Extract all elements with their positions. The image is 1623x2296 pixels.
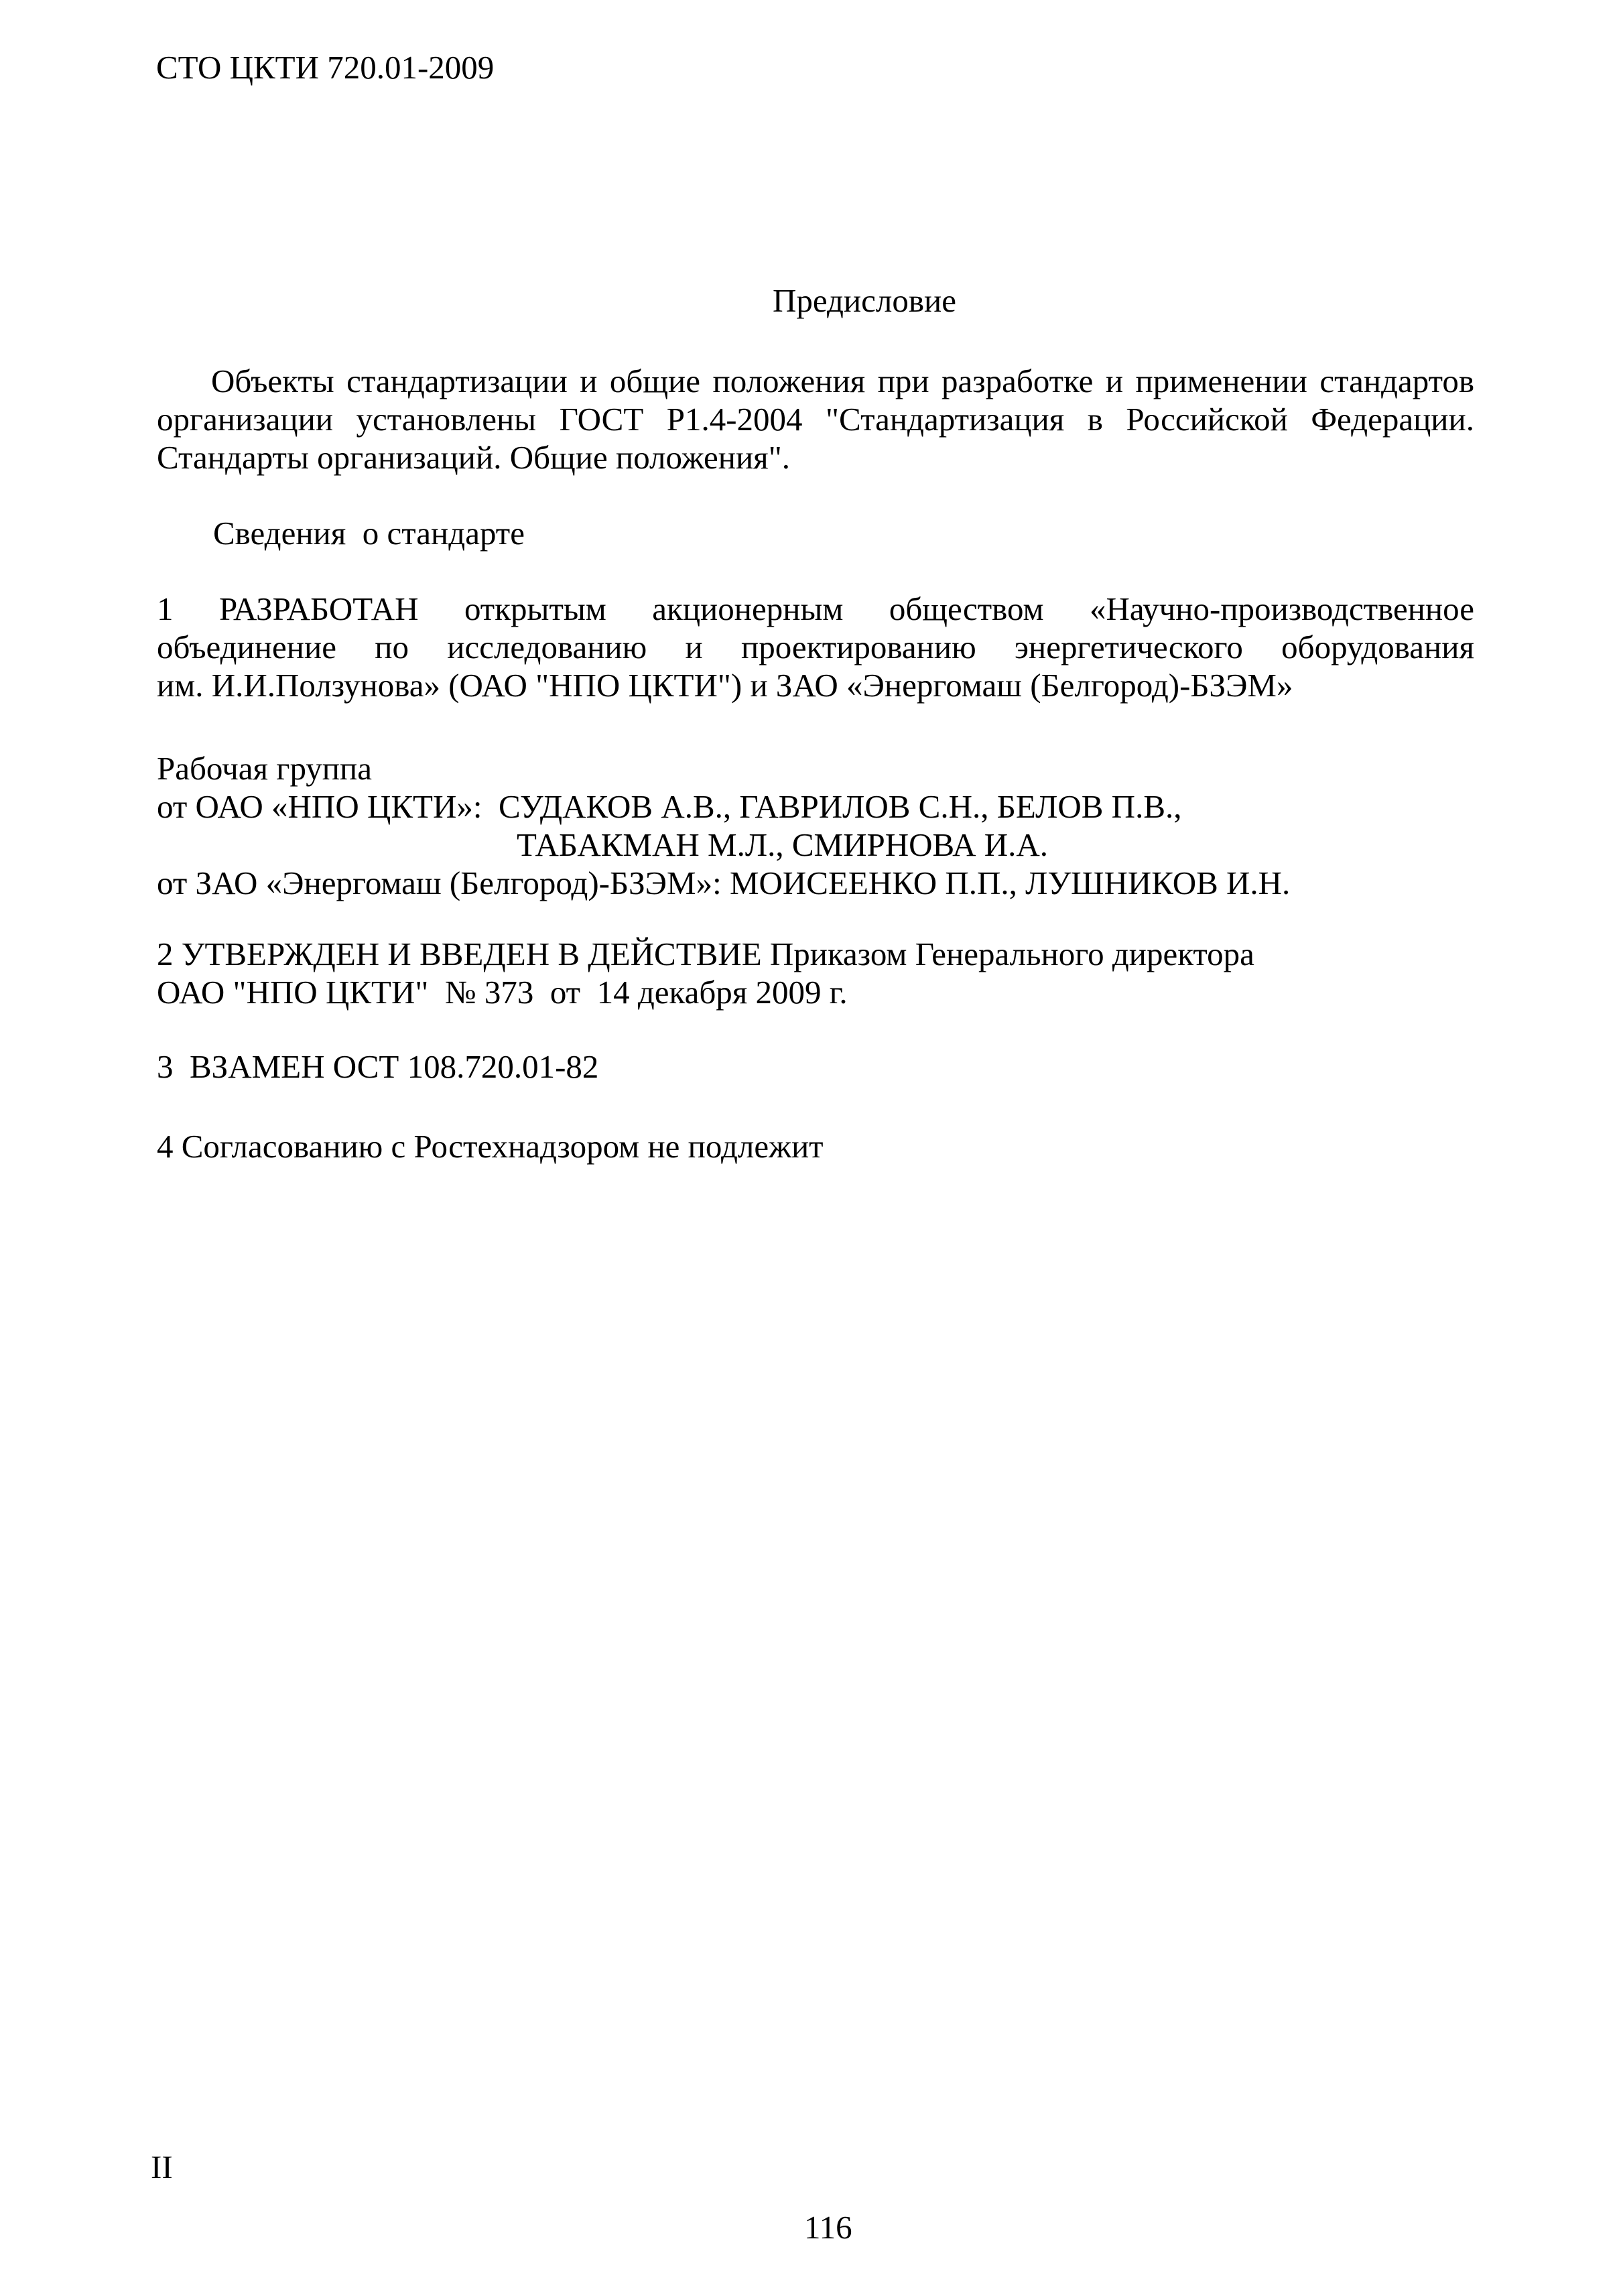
clause-3-replaces: 3 ВЗАМЕН ОСТ 108.720.01-82: [157, 1047, 598, 1086]
clause-1-line: им. И.И.Ползунова» (ОАО "НПО ЦКТИ") и ЗА…: [157, 666, 1474, 704]
intro-paragraph: Объекты стандартизации и общие положения…: [157, 362, 1474, 476]
page-title: Предисловие: [0, 281, 1623, 320]
page-number: 116: [804, 2208, 852, 2246]
clause-1-line: объединение по исследованию и проектиров…: [157, 628, 1474, 666]
clause-2-line: ОАО "НПО ЦКТИ" № 373 от 14 декабря 2009 …: [157, 973, 1474, 1011]
folio-roman-numeral: II: [151, 2148, 173, 2186]
working-group-bzem-members: от ЗАО «Энергомаш (Белгород)-БЗЭМ»: МОИС…: [157, 864, 1474, 902]
working-group-heading: Рабочая группа: [157, 749, 1474, 787]
clause-1-developed-by: 1 РАЗРАБОТАН открытым акционерным общест…: [157, 590, 1474, 704]
standard-info-heading: Сведения о стандарте: [213, 514, 525, 552]
intro-line: Стандарты организаций. Общие положения".: [157, 438, 1474, 476]
clause-2-line: 2 УТВЕРЖДЕН И ВВЕДЕН В ДЕЙСТВИЕ Приказом…: [157, 935, 1474, 973]
intro-line: организации установлены ГОСТ Р1.4-2004 "…: [157, 400, 1474, 438]
document-page: СТО ЦКТИ 720.01-2009 Предисловие Объекты…: [0, 0, 1623, 2296]
intro-line: Объекты стандартизации и общие положения…: [157, 362, 1474, 400]
working-group-section: Рабочая группа от ОАО «НПО ЦКТИ»: СУДАКО…: [157, 749, 1474, 902]
header-standard-number: СТО ЦКТИ 720.01-2009: [156, 48, 494, 86]
clause-4-agreement: 4 Согласованию с Ростехнадзором не подле…: [157, 1127, 824, 1165]
working-group-ckti-members: от ОАО «НПО ЦКТИ»: СУДАКОВ А.В., ГАВРИЛО…: [157, 787, 1474, 826]
clause-2-approved: 2 УТВЕРЖДЕН И ВВЕДЕН В ДЕЙСТВИЕ Приказом…: [157, 935, 1474, 1011]
working-group-ckti-members-continued: ТАБАКМАН М.Л., СМИРНОВА И.А.: [157, 826, 1474, 864]
clause-1-line: 1 РАЗРАБОТАН открытым акционерным общест…: [157, 590, 1474, 628]
